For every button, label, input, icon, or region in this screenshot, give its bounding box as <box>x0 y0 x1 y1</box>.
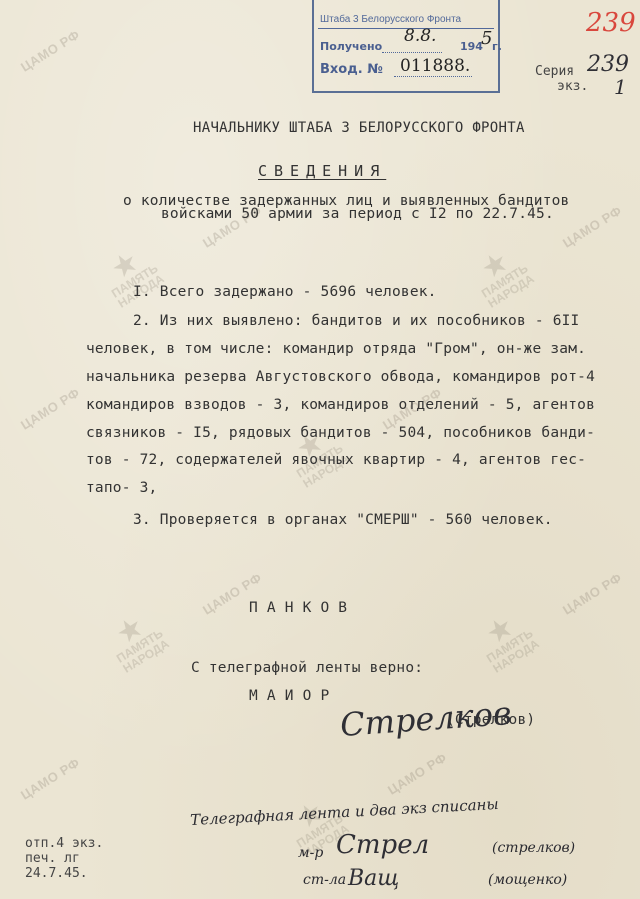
handwritten-note-name: (стрелков) <box>492 840 575 856</box>
receipt-stamp: Штаба 3 Белорусского Фронта Получено 8.8… <box>312 0 500 93</box>
stamp-year-prefix: 194 <box>460 40 483 53</box>
watermark-pamyat-naroda: ★ ПАМЯТЬ НАРОДА <box>471 605 541 675</box>
watermark-tsamo: ЦАМО РФ <box>18 755 82 803</box>
series-value: 239 <box>587 52 629 77</box>
archive-page-number: 239 <box>586 8 636 38</box>
handwritten-signature-2: Стрел <box>336 830 429 860</box>
signatory-name: П А Н К О В <box>249 600 347 616</box>
stamp-incoming-number: 011888. <box>400 56 470 76</box>
subtitle-line-2: войсками 50 армии за период с I2 по 22.7… <box>161 206 554 222</box>
footer-typed: печ. лг <box>25 851 80 866</box>
stamp-received-label: Получено <box>320 40 382 53</box>
footer-date: 24.7.45. <box>25 866 88 881</box>
handwritten-note-prefix-2: ст-ла <box>303 872 346 888</box>
body-line: командиров взводов - 3, командиров отдел… <box>86 397 595 413</box>
body-line: тапо- 3, <box>86 480 157 496</box>
watermark-pamyat-naroda: ★ ПАМЯТЬ НАРОДА <box>101 605 171 675</box>
body-line: тов - 72, содержателей явочных квартир -… <box>86 452 586 468</box>
footer-copies: отп.4 экз. <box>25 836 103 851</box>
handwritten-note-name-2: (мощенко) <box>488 872 567 888</box>
stamp-received-date: 8.8. <box>404 26 436 46</box>
body-line: I. Всего задержано - 5696 человек. <box>133 284 437 300</box>
addressee: НАЧАЛЬНИКУ ШТАБА 3 БЕЛОРУССКОГО ФРОНТА <box>193 120 525 136</box>
stamp-year-suffix: 5 <box>481 28 492 49</box>
copy-value: 1 <box>614 75 627 99</box>
body-line: 3. Проверяется в органах "СМЕРШ" - 560 ч… <box>133 512 553 528</box>
watermark-tsamo: ЦАМО РФ <box>385 750 449 798</box>
handwritten-signature-3: Ващ <box>348 866 399 891</box>
handwritten-note-prefix: м-р <box>298 845 323 861</box>
document-page: ЦАМО РФ ЦАМО РФ ЦАМО РФ ЦАМО РФ ЦАМО РФ … <box>0 0 640 899</box>
watermark-tsamo: ЦАМО РФ <box>560 570 624 618</box>
copy-label: экз. <box>557 79 588 94</box>
series-label: Серия <box>535 64 574 79</box>
body-line: начальника резерва Августовского обвода,… <box>86 369 595 385</box>
watermark-tsamo: ЦАМО РФ <box>18 385 82 433</box>
stamp-header: Штаба 3 Белорусского Фронта <box>320 14 461 25</box>
body-line: связников - I5, рядовых бандитов - 504, … <box>86 425 595 441</box>
watermark-tsamo: ЦАМО РФ <box>560 203 624 251</box>
body-line: человек, в том числе: командир отряда "Г… <box>86 341 586 357</box>
rank: М А И О Р <box>249 688 329 704</box>
watermark-tsamo: ЦАМО РФ <box>18 27 82 75</box>
signatory-name-paren: (Стрелков) <box>446 712 535 728</box>
body-line: 2. Из них выявлено: бандитов и их пособн… <box>133 313 580 329</box>
certification-text: С телеграфной ленты верно: <box>191 660 423 676</box>
watermark-pamyat-naroda: ★ ПАМЯТЬ НАРОДА <box>466 240 536 310</box>
document-heading: СВЕДЕНИЯ <box>258 162 386 180</box>
stamp-incoming-label: Вход. № <box>320 62 383 77</box>
